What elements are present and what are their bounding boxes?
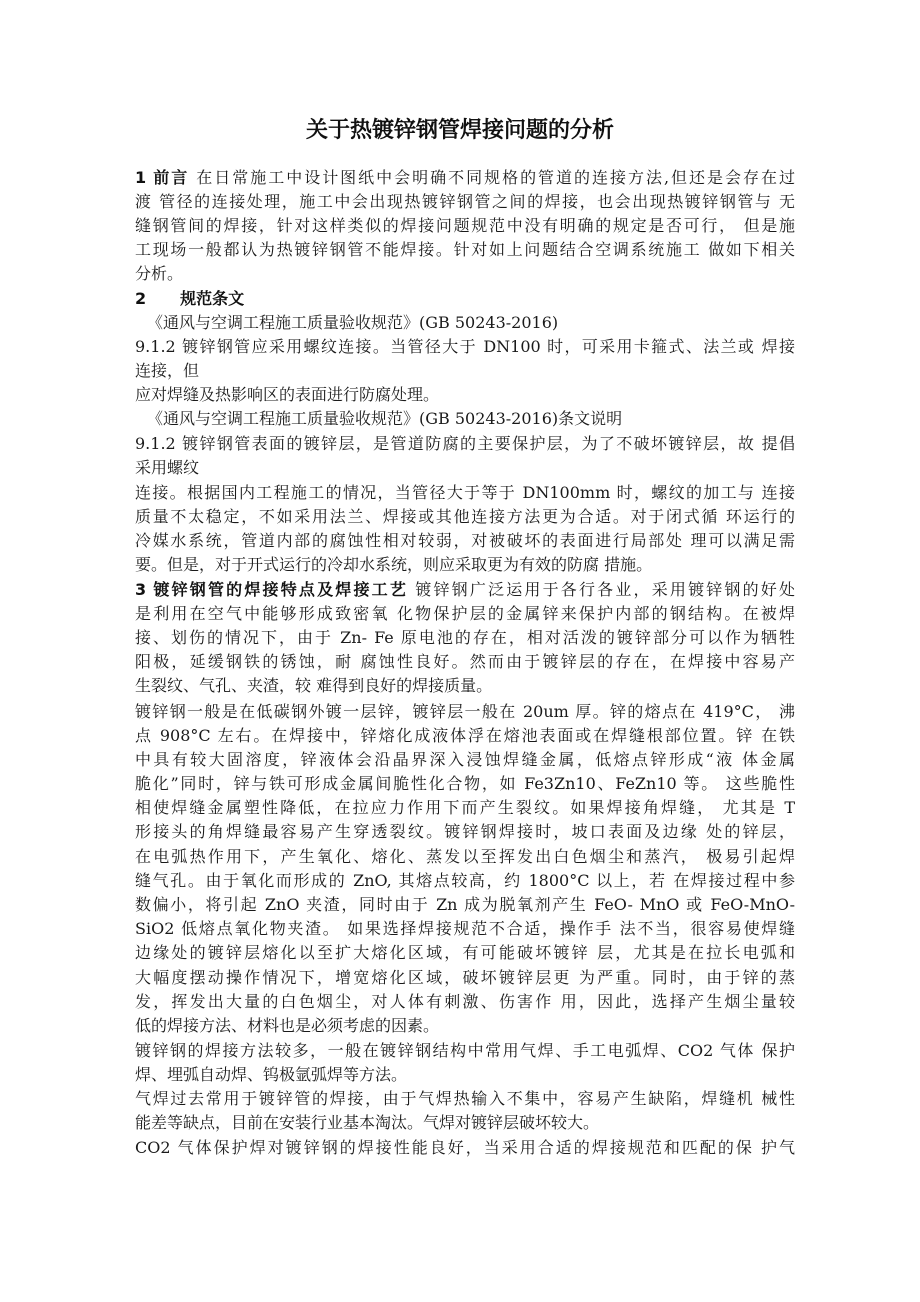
- section-3-number: 3: [135, 580, 146, 599]
- section-3-line-1: 3 镀锌钢管的焊接特点及焊接工艺 镀锌钢广泛运用于各行各业，采用镀锌钢的好处: [135, 578, 795, 602]
- section-2-heading-line: 2规范条文: [135, 287, 795, 311]
- paragraph-line: 边缘处的镀锌层熔化以至扩大熔化区域，有可能破坏镀锌 层，尤其是在拉长电弧和: [135, 941, 795, 965]
- section-1-line-1: 1 前言 在日常施工中设计图纸中会明确不同规格的管道的连接方法,但还是会存在过: [135, 166, 795, 190]
- paragraph-line: 相使焊缝金属塑性降低，在拉应力作用下而产生裂纹。如果焊接角焊缝， 尤其是 T: [135, 796, 795, 820]
- paragraph-line: 气焊过去常用于镀锌管的焊接，由于气焊热输入不集中，容易产生缺陷，焊缝机 械性: [135, 1087, 795, 1111]
- paragraph-line: 是利用在空气中能够形成致密氧 化物保护层的金属锌来保护内部的钢结构。在被焊: [135, 602, 795, 626]
- section-2-heading: 规范条文: [180, 289, 244, 308]
- paragraph-line: 连接。根据国内工程施工的情况，当管径大于等于 DN100mm 时，螺纹的加工与 …: [135, 481, 795, 505]
- paragraph-line: CO2 气体保护焊对镀锌钢的焊接性能良好，当采用合适的焊接规范和匹配的保 护气: [135, 1136, 795, 1160]
- document-title: 关于热镀锌钢管焊接问题的分析: [0, 116, 920, 146]
- paragraph-line: 9.1.2 镀锌钢管应采用螺纹连接。当管径大于 DN100 时，可采用卡箍式、法…: [135, 335, 795, 359]
- paragraph-line: 缝钢管间的焊接，针对这样类似的焊接问题规范中没有明确的规定是否可行， 但是施: [135, 214, 795, 238]
- paragraph-line: 脆化”同时，锌与铁可形成金属间脆性化合物，如 Fe3Zn10、FeZn10 等。…: [135, 772, 795, 796]
- paragraph-line: 能差等缺点，目前在安装行业基本淘汰。气焊对镀锌层破坏较大。: [135, 1111, 795, 1135]
- paragraph-line: 形接头的角焊缝最容易产生穿透裂纹。镀锌钢焊接时，坡口表面及边缘 处的锌层，: [135, 820, 795, 844]
- section-1-number: 1: [135, 168, 146, 187]
- paragraph-line: 缝气孔。由于氧化而形成的 ZnO, 其熔点较高，约 1800°C 以上，若 在焊…: [135, 869, 795, 893]
- paragraph-text: 在日常施工中设计图纸中会明确不同规格的管道的连接方法,但还是会存在过: [196, 168, 795, 187]
- paragraph-line: 分析。: [135, 262, 795, 286]
- paragraph-line: 中具有较大固溶度，锌液体会沿晶界深入浸蚀焊缝金属，低熔点锌形成“液 体金属: [135, 748, 795, 772]
- paragraph-line: 工现场一般都认为热镀锌钢管不能焊接。针对如上问题结合空调系统施工 做如下相关: [135, 238, 795, 262]
- paragraph-line: SiO2 低熔点氧化物夹渣。 如果选择焊接规范不合适，操作手 法不当，很容易使焊…: [135, 917, 795, 941]
- citation-line: 《通风与空调工程施工质量验收规范》(GB 50243-2016)条文说明: [147, 407, 807, 431]
- paragraph-line: 低的焊接方法、材料也是必须考虑的因素。: [135, 1014, 795, 1038]
- paragraph-line: 连接，但: [135, 359, 795, 383]
- paragraph-line: 应对焊缝及热影响区的表面进行防腐处理。: [135, 383, 795, 407]
- paragraph-line: 阳极，延缓钢铁的锈蚀，耐 腐蚀性良好。然而由于镀锌层的存在，在焊接中容易产: [135, 650, 795, 674]
- paragraph-line: 质量不太稳定，不如采用法兰、焊接或其他连接方法更为合适。对于闭式循 环运行的: [135, 505, 795, 529]
- paragraph-line: 渡 管径的连接处理，施工中会出现热镀锌钢管之间的焊接，也会出现热镀锌钢管与 无: [135, 190, 795, 214]
- paragraph-line: 大幅度摆动操作情况下，增宽熔化区域，破坏镀锌层更 为严重。同时，由于锌的蒸: [135, 966, 795, 990]
- paragraph-line: 9.1.2 镀锌钢管表面的镀锌层，是管道防腐的主要保护层，为了不破坏镀锌层，故 …: [135, 432, 795, 456]
- paragraph-line: 镀锌钢的焊接方法较多，一般在镀锌钢结构中常用气焊、手工电弧焊、CO2 气体 保护: [135, 1039, 795, 1063]
- citation-line: 《通风与空调工程施工质量验收规范》(GB 50243-2016): [147, 311, 807, 335]
- paragraph-line: 在电弧热作用下，产生氧化、熔化、蒸发以至挥发出白色烟尘和蒸汽， 极易引起焊: [135, 845, 795, 869]
- section-1-heading: 前言: [153, 168, 189, 187]
- paragraph-line: 发，挥发出大量的白色烟尘，对人体有刺激、伤害作 用，因此，选择产生烟尘量较: [135, 990, 795, 1014]
- section-2-number: 2: [135, 289, 146, 308]
- paragraph-line: 采用螺纹: [135, 456, 795, 480]
- document-page: 关于热镀锌钢管焊接问题的分析 1 前言 在日常施工中设计图纸中会明确不同规格的管…: [0, 0, 920, 1302]
- paragraph-line: 冷媒水系统，管道内部的腐蚀性相对较弱，对被破坏的表面进行局部处 理可以满足需: [135, 529, 795, 553]
- paragraph-text: 镀锌钢广泛运用于各行各业，采用镀锌钢的好处: [415, 580, 795, 599]
- paragraph-line: 镀锌钢一般是在低碳钢外镀一层锌，镀锌层一般在 20um 厚。锌的熔点在 419°…: [135, 700, 795, 724]
- paragraph-line: 点 908°C 左右。在焊接中，锌熔化成液体浮在熔池表面或在焊缝根部位置。锌 在…: [135, 724, 795, 748]
- paragraph-line: 数偏小，将引起 ZnO 夹渣，同时由于 Zn 成为脱氧剂产生 FeO- MnO …: [135, 893, 795, 917]
- paragraph-line: 接、划伤的情况下，由于 Zn- Fe 原电池的存在，相对活泼的镀锌部分可以作为牺…: [135, 626, 795, 650]
- paragraph-line: 焊、埋弧自动焊、钨极氩弧焊等方法。: [135, 1063, 795, 1087]
- paragraph-line: 要。但是，对于开式运行的冷却水系统，则应采取更为有效的防腐 措施。: [135, 553, 795, 577]
- section-3-heading: 镀锌钢管的焊接特点及焊接工艺: [153, 580, 408, 599]
- paragraph-line: 生裂纹、气孔、夹渣，较 难得到良好的焊接质量。: [135, 674, 795, 698]
